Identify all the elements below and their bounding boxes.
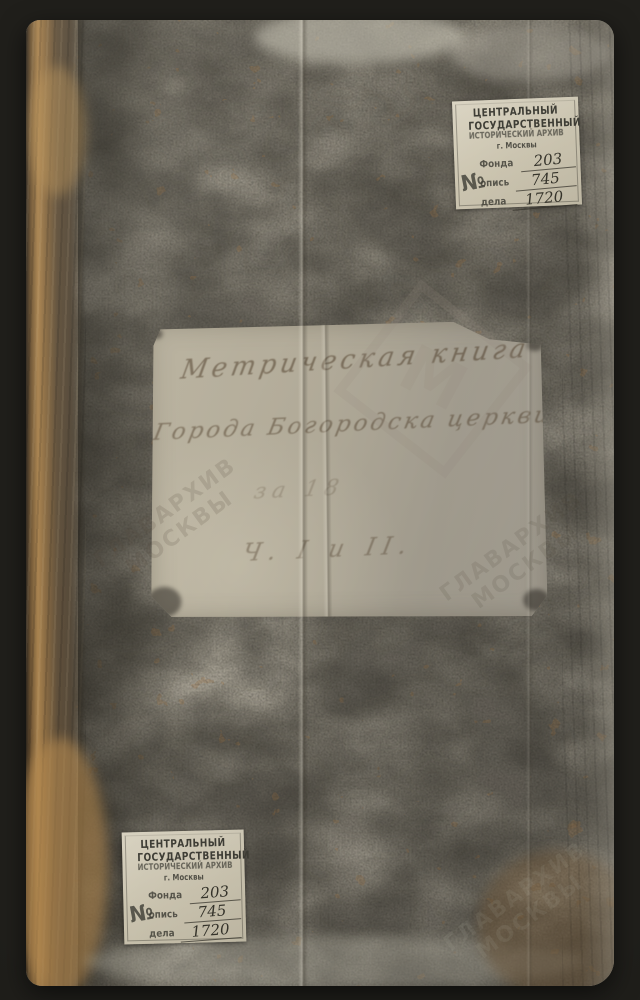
photo-background: Метрическая книга Города Богородска церк… (0, 0, 640, 1000)
book-cover: Метрическая книга Города Богородска церк… (26, 20, 614, 986)
lighting-sweep (26, 20, 614, 986)
